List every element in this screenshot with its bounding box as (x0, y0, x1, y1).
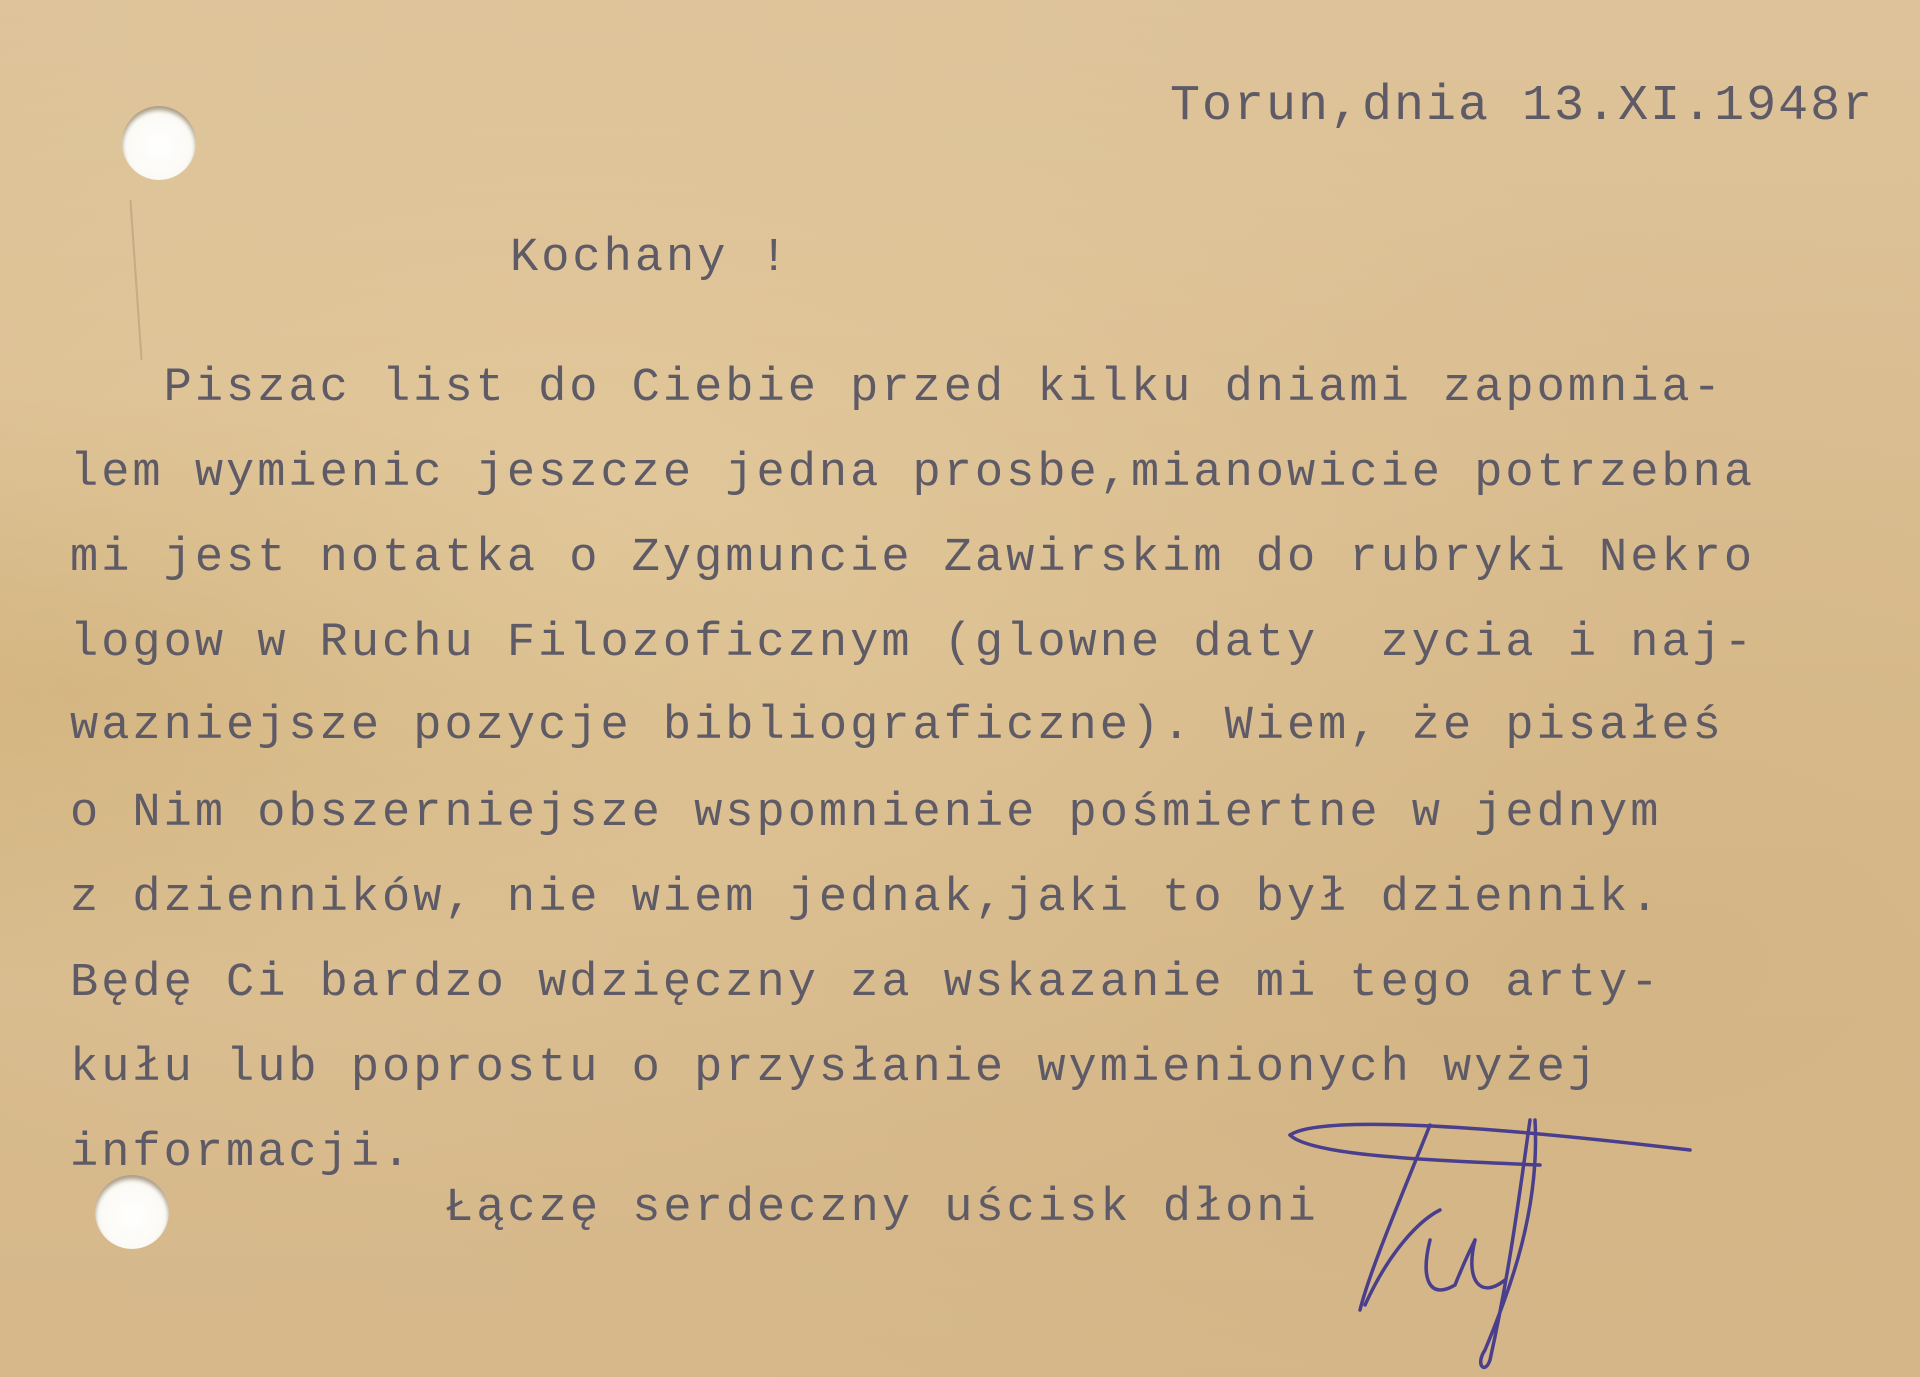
body-line-6: o Nim obszerniejsze wspomnienie pośmiert… (70, 790, 1661, 837)
body-line-4: logow w Ruchu Filozoficznym (glowne daty… (70, 620, 1755, 667)
salutation: Kochany ! (510, 235, 791, 282)
handwritten-signature-icon (1280, 1110, 1700, 1377)
body-line-2: lem wymienic jeszcze jedna prosbe,mianow… (70, 450, 1755, 497)
body-line-5: wazniejsze pozycje bibliograficzne). Wie… (70, 703, 1724, 750)
place-date: Torun,dnia 13.XI.1948r (1170, 82, 1874, 132)
body-line-7: z dzienników, nie wiem jednak,jaki to by… (70, 875, 1661, 922)
punch-hole-top (122, 106, 196, 180)
body-line-3: mi jest notatka o Zygmuncie Zawirskim do… (70, 535, 1755, 582)
body-line-9: kułu lub poprostu o przysłanie wymienion… (70, 1045, 1599, 1092)
paper-crease (129, 200, 142, 360)
body-line-10: informacji. (70, 1130, 413, 1177)
punch-hole-bottom (95, 1175, 169, 1249)
body-line-8: Będę Ci bardzo wdzięczny za wskazanie mi… (70, 960, 1661, 1007)
letter-paper: Torun,dnia 13.XI.1948r Kochany ! Piszac … (0, 0, 1920, 1377)
closing-line: Łączę serdeczny uścisk dłoni (445, 1185, 1319, 1232)
body-line-1: Piszac list do Ciebie przed kilku dniami… (70, 365, 1724, 412)
